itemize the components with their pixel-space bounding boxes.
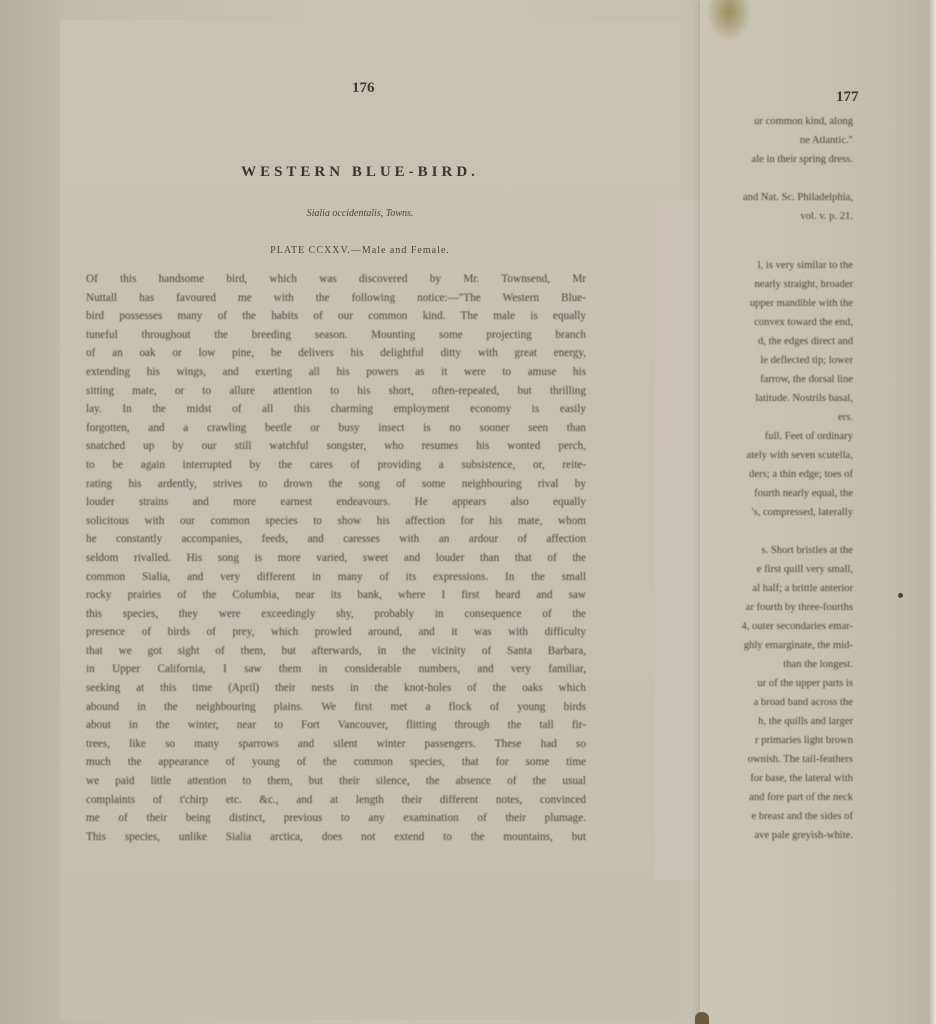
plate-caption: PLATE CCXXV.—Male and Female. <box>140 245 580 256</box>
text-line: h, the quills and larger <box>665 712 853 731</box>
text-line: this species, they were exceedingly shy,… <box>86 605 586 624</box>
text-line: ur common kind, along <box>665 112 853 131</box>
text-line: about in the winter, near to Fort Vancou… <box>86 716 586 735</box>
text-line: full. Feet of ordinary <box>665 427 853 446</box>
ink-spot <box>898 593 903 598</box>
text-line: tuneful throughout the breeding season. … <box>86 326 586 345</box>
text-line: common Sialia, and very different in man… <box>86 568 586 587</box>
text-line: farrow, the dorsal line <box>665 370 853 389</box>
text-line: ownish. The tail-feathers <box>665 750 853 769</box>
text-line: Of this handsome bird, which was discove… <box>86 270 586 289</box>
text-line: ar fourth by three-fourths <box>665 598 853 617</box>
text-line: solicitous with our common species to sh… <box>86 512 586 531</box>
text-line: 's, compressed, laterally <box>665 503 853 522</box>
text-line: rocky prairies of the Columbia, near its… <box>86 586 586 605</box>
text-line: trees, like so many sparrows and silent … <box>86 735 586 754</box>
stain-mark <box>708 0 750 40</box>
text-line: latitude. Nostrils basal, <box>665 389 853 408</box>
text-line: and Nat. Sc. Philadelphia, <box>665 188 853 207</box>
text-line: rating his ardently, strives to drown th… <box>86 475 586 494</box>
right-page-number: 177 <box>836 89 859 106</box>
body-paragraph: Of this handsome bird, which was discove… <box>86 270 586 846</box>
text-line: nearly straight, broader <box>665 275 853 294</box>
text-line: fourth nearly equal, the <box>665 484 853 503</box>
text-line: much the appearance of young of the comm… <box>86 753 586 772</box>
text-line: This species, unlike Sialia arctica, doe… <box>86 828 586 847</box>
text-line: extending his wings, and exerting all hi… <box>86 363 586 382</box>
text-line: complaints of t'chirp etc. &c., and at l… <box>86 791 586 810</box>
text-line: abound in the neighbouring plains. We fi… <box>86 698 586 717</box>
text-line: convex toward the end, <box>665 313 853 332</box>
text-line: a broad band across the <box>665 693 853 712</box>
text-line: e breast and the sides of <box>665 807 853 826</box>
text-line: ders; a thin edge; toes of <box>665 465 853 484</box>
text-line: l, is very similar to the <box>665 256 853 275</box>
text-line: r primaries light brown <box>665 731 853 750</box>
text-line: e first quill very small, <box>665 560 853 579</box>
text-line: of an oak or low pine, he delivers his d… <box>86 344 586 363</box>
text-line: le deflected tip; lower <box>665 351 853 370</box>
text-line: ately with seven scutella, <box>665 446 853 465</box>
text-line: seldom rivalled. His song is more varied… <box>86 549 586 568</box>
text-line: 4, outer secondaries emar- <box>665 617 853 636</box>
text-line: me of their being distinct, previous to … <box>86 809 586 828</box>
text-line: ghly emarginate, the mid- <box>665 636 853 655</box>
text-line: to be again interrupted by the cares of … <box>86 456 586 475</box>
text-line: upper mandible with the <box>665 294 853 313</box>
text-line: snatched up by our still watchful songst… <box>86 437 586 456</box>
text-line: seeking at this time (April) their nests… <box>86 679 586 698</box>
text-line: ale in their spring dress. <box>665 150 853 169</box>
text-line: ers. <box>665 408 853 427</box>
left-page-number: 176 <box>352 80 375 97</box>
text-line: that we got sight of them, but afterward… <box>86 642 586 661</box>
species-name: Sialia occidentalis, Towns. <box>140 208 580 219</box>
text-line: he constantly accompanies, feeds, and ca… <box>86 530 586 549</box>
text-line: al half; a brittle anterior <box>665 579 853 598</box>
text-line: in Upper California, I saw them in consi… <box>86 660 586 679</box>
paper-spot <box>695 1012 709 1024</box>
text-line: Nuttall has favoured me with the followi… <box>86 289 586 308</box>
right-page-text: ur common kind, alongne Atlantic."ale in… <box>665 112 853 845</box>
text-line: s. Short bristles at the <box>665 541 853 560</box>
text-line: bird possesses many of the habits of our… <box>86 307 586 326</box>
text-line: forgotten, and a crawling beetle or busy… <box>86 419 586 438</box>
text-line: lay. In the midst of all this charming e… <box>86 400 586 419</box>
text-line: sitting mate, or to allure attention to … <box>86 382 586 401</box>
page-edge <box>928 0 936 1024</box>
text-line: and fore part of the neck <box>665 788 853 807</box>
text-line: ne Atlantic." <box>665 131 853 150</box>
text-line: for base, the lateral with <box>665 769 853 788</box>
text-line: we paid little attention to them, but th… <box>86 772 586 791</box>
article-title: WESTERN BLUE-BIRD. <box>140 164 580 181</box>
text-line: d, the edges direct and <box>665 332 853 351</box>
text-line: ave pale greyish-white. <box>665 826 853 845</box>
text-line: louder strains and more earnest endeavou… <box>86 493 586 512</box>
text-line: ur of the upper parts is <box>665 674 853 693</box>
text-line: than the longest. <box>665 655 853 674</box>
text-line: presence of birds of prey, which prowled… <box>86 623 586 642</box>
text-line: vol. v. p. 21. <box>665 207 853 226</box>
